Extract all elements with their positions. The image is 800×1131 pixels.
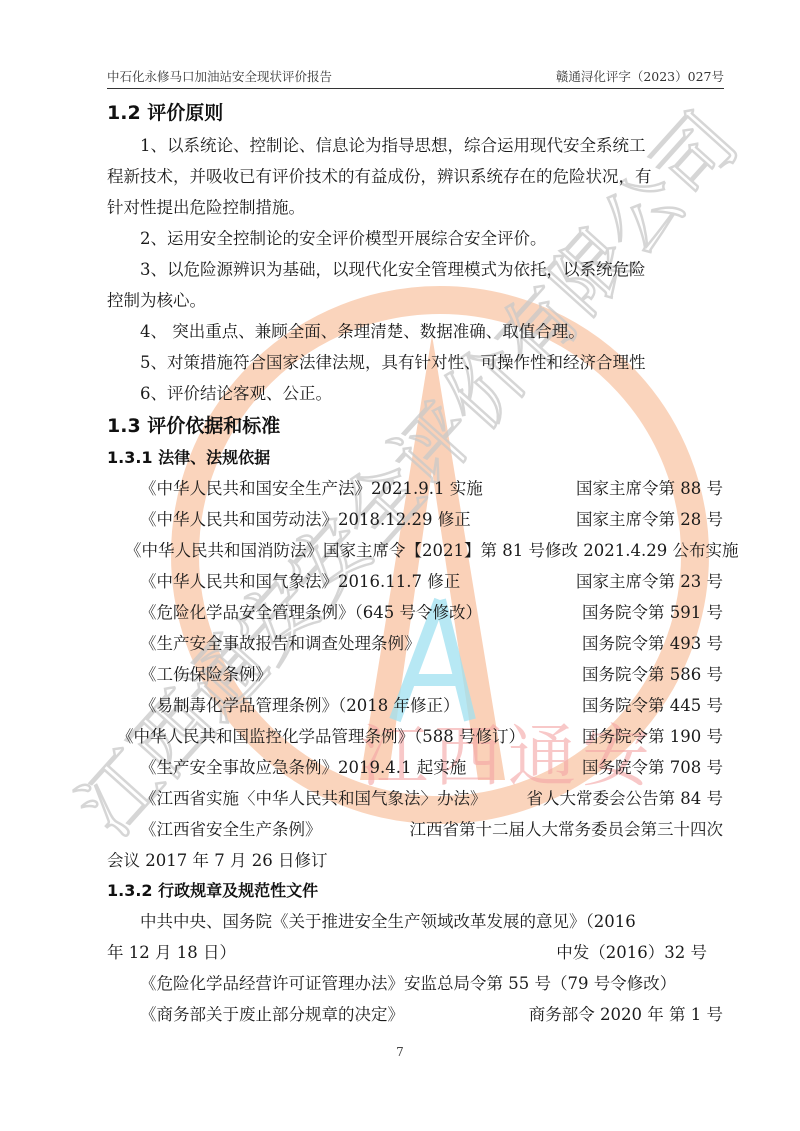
law-item: 《江西省安全生产条例》 江西省第十二届人大常务委员会第三十四次	[107, 814, 727, 845]
report-title: 中石化永修马口加油站安全现状评价报告	[107, 67, 332, 85]
law-ref: 国务院令第 445 号	[582, 690, 723, 721]
section-heading-1-2: 1.2 评价原则	[107, 96, 727, 130]
regulation-item: 《商务部关于废止部分规章的决定》 商务部令 2020 年 第 1 号	[107, 999, 727, 1030]
law-item: 《中华人民共和国气象法》2016.11.7 修正 国家主席令第 23 号	[107, 566, 727, 597]
law-ref: 国家主席令第 23 号	[576, 566, 723, 597]
principle-2: 2、运用安全控制论的安全评价模型开展综合安全评价。	[107, 223, 727, 254]
law-name: 《中华人民共和国劳动法》2018.12.29 修正	[140, 504, 471, 535]
regulation-name: 《商务部关于废止部分规章的决定》	[140, 999, 404, 1030]
report-number: 赣通浔化评字（2023）027号	[556, 67, 724, 85]
law-name: 《中华人民共和国监控化学品管理条例》（588 号修订）	[117, 721, 525, 752]
law-ref: 国家主席令第 28 号	[576, 504, 723, 535]
law-name: 《中华人民共和国气象法》2016.11.7 修正	[140, 566, 460, 597]
law-name: 《生产安全事故报告和调查处理条例》	[140, 628, 421, 659]
principle-5: 5、对策措施符合国家法律法规，具有针对性、可操作性和经济合理性	[107, 347, 727, 378]
regulation-name: 《危险化学品经营许可证管理办法》安监总局令第 55 号（79 号令修改）	[140, 968, 676, 999]
law-name: 《江西省实施〈中华人民共和国气象法〉办法》	[140, 783, 487, 814]
law-ref: 国务院令第 586 号	[582, 659, 723, 690]
regulation-item: 年 12 月 18 日） 中发（2016）32 号	[107, 937, 727, 968]
law-ref: 国务院令第 493 号	[582, 628, 723, 659]
regulation-name: 年 12 月 18 日）	[107, 937, 236, 968]
law-item: 《生产安全事故应急条例》2019.4.1 起实施 国务院令第 708 号	[107, 752, 727, 783]
regulation-item: 中共中央、国务院《关于推进安全生产领域改革发展的意见》（2016	[107, 906, 727, 937]
section-heading-1-3: 1.3 评价依据和标准	[107, 409, 727, 443]
document-page: 江西通安 江西通安安全评价有限公司 中石化永修马口加油站安全现状评价报告 赣通浔…	[0, 0, 800, 1131]
law-item: 《工伤保险条例》 国务院令第 586 号	[107, 659, 727, 690]
law-name: 《中华人民共和国安全生产法》2021.9.1 实施	[140, 473, 483, 504]
principle-4: 4、 突出重点、兼顾全面、条理清楚、数据准确、取值合理。	[107, 316, 727, 347]
regulation-ref: 商务部令 2020 年 第 1 号	[529, 999, 723, 1030]
page-number: 7	[0, 1045, 800, 1059]
law-ref: 国务院令第 591 号	[582, 597, 723, 628]
law-item: 《中华人民共和国监控化学品管理条例》（588 号修订） 国务院令第 190 号	[107, 721, 727, 752]
principle-1-line-3: 针对性提出危险控制措施。	[107, 192, 727, 223]
law-item: 《江西省实施〈中华人民共和国气象法〉办法》 省人大常委会公告第 84 号	[107, 783, 727, 814]
law-name: 《危险化学品安全管理条例》（645 号令修改）	[140, 597, 482, 628]
law-item: 《中华人民共和国安全生产法》2021.9.1 实施 国家主席令第 88 号	[107, 473, 727, 504]
law-name: 《易制毒化学品管理条例》（2018 年修正）	[140, 690, 460, 721]
law-item: 《危险化学品安全管理条例》（645 号令修改） 国务院令第 591 号	[107, 597, 727, 628]
law-ref: 省人大常委会公告第 84 号	[527, 783, 724, 814]
law-name: 《中华人民共和国消防法》国家主席令【2021】第 81 号修改 2021.4.2…	[125, 535, 738, 566]
page-header: 中石化永修马口加油站安全现状评价报告 赣通浔化评字（2023）027号	[107, 68, 724, 89]
law-item: 《中华人民共和国劳动法》2018.12.29 修正 国家主席令第 28 号	[107, 504, 727, 535]
principle-3-line-2: 控制为核心。	[107, 285, 727, 316]
law-name: 《工伤保险条例》	[140, 659, 272, 690]
law-item: 《易制毒化学品管理条例》（2018 年修正） 国务院令第 445 号	[107, 690, 727, 721]
principle-1-line-2: 程新技术，并吸收已有评价技术的有益成份，辨识系统存在的危险状况，有	[107, 161, 727, 192]
regulation-item: 《危险化学品经营许可证管理办法》安监总局令第 55 号（79 号令修改）	[107, 968, 727, 999]
law-name: 《江西省安全生产条例》	[140, 814, 322, 845]
regulation-name: 中共中央、国务院《关于推进安全生产领域改革发展的意见》（2016	[140, 906, 636, 937]
law-ref: 江西省第十二届人大常务委员会第三十四次	[410, 814, 724, 845]
principle-6: 6、评价结论客观、公正。	[107, 378, 727, 409]
subsection-heading-1-3-2: 1.3.2 行政规章及规范性文件	[107, 876, 727, 906]
law-item-continuation: 会议 2017 年 7 月 26 日修订	[107, 845, 727, 876]
law-ref: 国务院令第 190 号	[582, 721, 723, 752]
subsection-heading-1-3-1: 1.3.1 法律、法规依据	[107, 443, 727, 473]
regulation-ref: 中发（2016）32 号	[556, 937, 707, 968]
law-ref: 国务院令第 708 号	[582, 752, 723, 783]
law-item: 《中华人民共和国消防法》国家主席令【2021】第 81 号修改 2021.4.2…	[107, 535, 727, 566]
principle-1-line-1: 1、以系统论、控制论、信息论为指导思想，综合运用现代安全系统工	[107, 130, 727, 161]
law-name: 《生产安全事故应急条例》2019.4.1 起实施	[140, 752, 466, 783]
principle-3-line-1: 3、以危险源辨识为基础，以现代化安全管理模式为依托，以系统危险	[107, 254, 727, 285]
law-ref: 国家主席令第 88 号	[576, 473, 723, 504]
law-item: 《生产安全事故报告和调查处理条例》 国务院令第 493 号	[107, 628, 727, 659]
document-body: 1.2 评价原则 1、以系统论、控制论、信息论为指导思想，综合运用现代安全系统工…	[107, 96, 727, 1030]
